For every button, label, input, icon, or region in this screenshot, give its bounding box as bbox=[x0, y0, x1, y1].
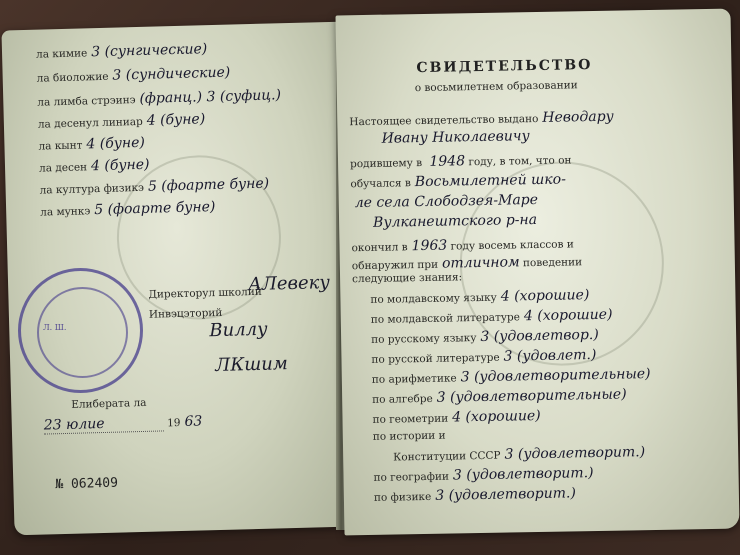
school-line-2: ле села Слободзея-Маре bbox=[351, 192, 539, 211]
grade-row: ла кимие3 (сунгические) bbox=[36, 41, 208, 61]
stamp-inner-ring bbox=[37, 287, 128, 378]
document-title: СВИДЕТЕЛЬСТВО bbox=[416, 57, 592, 76]
grade-row: по арифметике3 (удовлетворительные) bbox=[372, 366, 651, 387]
grade-row: по геометрии4 (хорошие) bbox=[372, 408, 540, 427]
stamp-place-label: Л. Ш. bbox=[43, 323, 66, 332]
history-row: Конституции СССР3 (удовлетворит.) bbox=[393, 444, 645, 464]
school-line-3: Вулканештского р-на bbox=[369, 212, 537, 231]
inspector-label: Инвэцэторий bbox=[149, 307, 223, 321]
serial-number: № 062409 bbox=[55, 476, 118, 493]
intro-line: Настоящее свидетельство выданоНеводару bbox=[349, 109, 614, 130]
right-page: СВИДЕТЕЛЬСТВО о восьмилетнем образовании… bbox=[335, 9, 739, 536]
issued-label: Елиберата ла bbox=[71, 397, 146, 411]
knowledge-label: следующие знания: bbox=[352, 271, 462, 285]
grade-row: ла десен4 (буне) bbox=[39, 157, 150, 176]
document-subtitle: о восьмилетнем образовании bbox=[415, 79, 578, 94]
grade-row: ла лимба стрэинэ(франц.) 3 (суфиц.) bbox=[37, 87, 281, 109]
name-line: Ивану Николаевичу bbox=[378, 128, 530, 147]
grade-row: по алгебре3 (удовлетворительные) bbox=[372, 386, 627, 406]
grade-row: ла десенул линиар4 (буне) bbox=[38, 111, 206, 131]
director-signature: АЛевеку bbox=[248, 272, 330, 295]
physics-row: по физике3 (удовлетворит.) bbox=[374, 485, 576, 505]
signature-3: ЛКшим bbox=[215, 353, 288, 376]
geography-row: по географии3 (удовлетворит.) bbox=[373, 465, 593, 485]
inspector-signature: Виллу bbox=[209, 319, 268, 342]
grade-row: ла биоложие3 (сундические) bbox=[36, 65, 230, 86]
history-label: по истории и bbox=[373, 430, 446, 443]
grade-row: ла кынт4 (буне) bbox=[38, 135, 145, 154]
official-stamp: Л. Ш. bbox=[18, 268, 143, 393]
issued-date: 23 юлие 1963 bbox=[40, 413, 203, 434]
